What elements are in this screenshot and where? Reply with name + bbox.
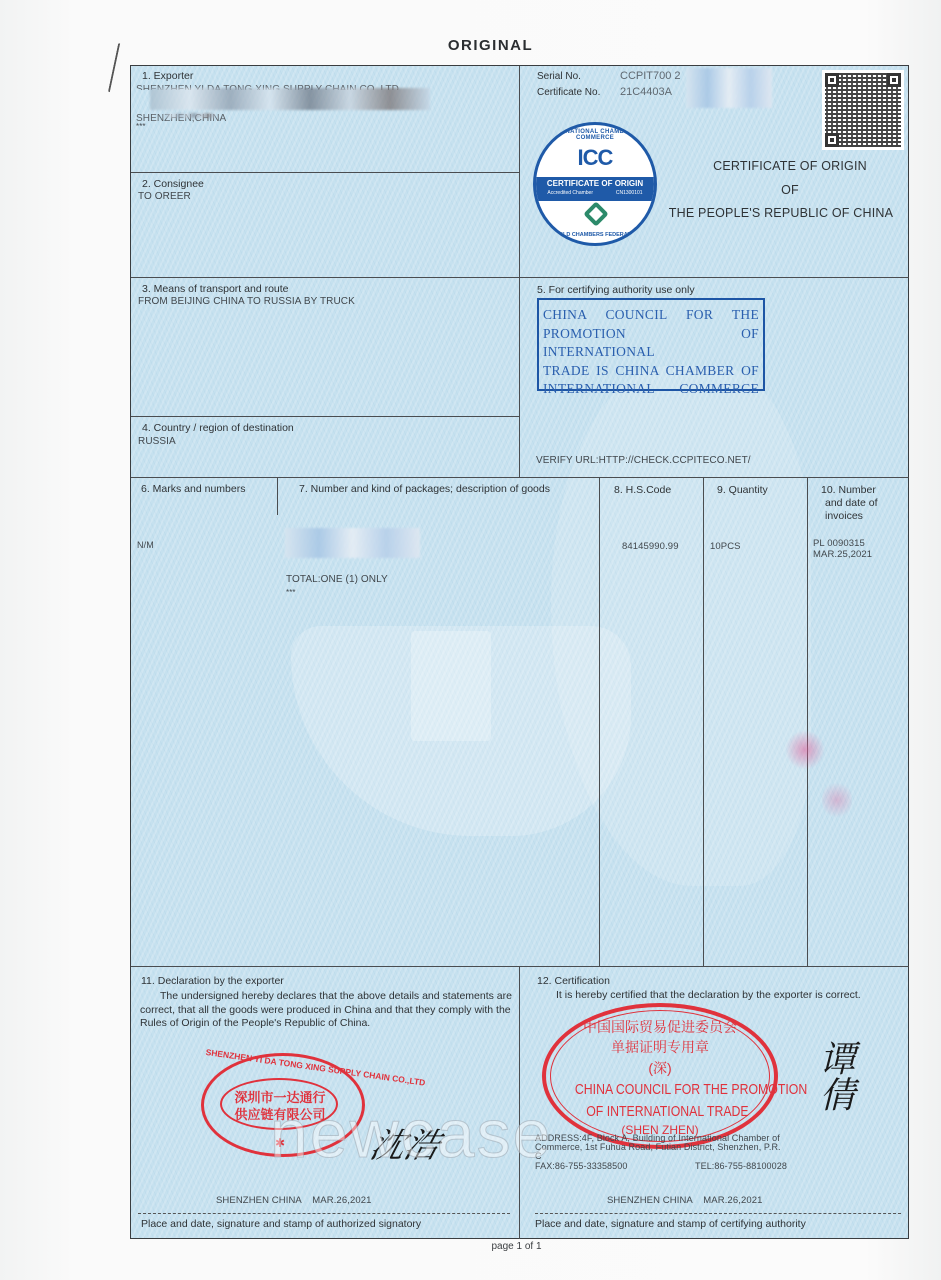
overlay-watermark: newcase: [270, 1095, 552, 1173]
ccpit-stamp-cn-3: (深): [630, 1058, 690, 1078]
exporter-dashed-line: [138, 1213, 510, 1214]
certificate-title-line3: THE PEOPLE'S REPUBLIC OF CHINA: [654, 206, 908, 220]
header-invoices-2: and date of: [825, 497, 878, 509]
ink-smudge: [822, 780, 852, 820]
exporter-footer-label: Place and date, signature and stamp of a…: [141, 1218, 421, 1230]
divider-col8-col9: [703, 477, 704, 967]
header-description: 7. Number and kind of packages; descript…: [299, 483, 550, 495]
certificate-title-line2: OF: [690, 183, 890, 197]
document-page: ORIGINAL 1. Exporter SHENZHEN YI DA TONG…: [0, 0, 941, 1280]
certificate-number-value: 21C4403A: [620, 86, 672, 98]
header-quantity: 9. Quantity: [717, 484, 768, 496]
icc-accredited: Accredited Chamber: [547, 190, 593, 196]
goods-quantity: 10PCS: [710, 541, 741, 552]
icc-logo-icon: ICC: [536, 145, 654, 171]
ccpit-place-date: SHENZHEN CHINA MAR.26,2021: [607, 1195, 762, 1206]
exporter-address-redacted: [150, 88, 430, 110]
header-hs-code: 8. H.S.Code: [614, 484, 671, 496]
ccpit-stamp-line: CHINA COUNCIL FOR THE: [543, 306, 759, 325]
icc-band: CERTIFICATE OF ORIGIN Accredited Chamber…: [536, 177, 654, 201]
qr-finder: [887, 73, 901, 87]
icc-ring-top-text: INTERNATIONAL CHAMBER OF COMMERCE: [536, 129, 654, 141]
qr-code-pattern: [825, 73, 901, 147]
ccpit-stamp-line: INTERNATIONAL COMMERCE: [543, 380, 759, 399]
consignee-value: TO OREER: [138, 191, 191, 202]
icc-ring-bottom-text: WORLD CHAMBERS FEDERATION: [536, 232, 654, 238]
destination-value: RUSSIA: [138, 436, 176, 447]
certification-label: 12. Certification: [537, 975, 610, 987]
ccpit-stamp-en-2: OF INTERNATIONAL TRADE: [586, 1103, 734, 1120]
ccpit-address-2: Commerce, 1st Fuhua Road, Futian Distric…: [535, 1142, 781, 1152]
ccpit-tel: TEL:86-755-88100028: [695, 1161, 787, 1171]
divider-box3-box4: [131, 416, 520, 417]
certificate-number-label: Certificate No.: [537, 87, 600, 98]
icc-band-sub: Accredited Chamber CN1300101: [536, 188, 654, 196]
ccpit-authority-stamp: CHINA COUNCIL FOR THE PROMOTION OF INTER…: [537, 298, 765, 391]
destination-label: 4. Country / region of destination: [142, 422, 294, 434]
qr-finder: [825, 73, 839, 87]
goods-total: TOTAL:ONE (1) ONLY: [286, 574, 388, 585]
verify-url[interactable]: VERIFY URL:HTTP://CHECK.CCPITECO.NET/: [536, 455, 751, 466]
divider-col9-col10: [807, 477, 808, 967]
icc-certificate-badge: INTERNATIONAL CHAMBER OF COMMERCE ICC CE…: [533, 122, 657, 246]
declaration-body: The undersigned hereby declares that the…: [140, 990, 512, 1029]
exporter-end-marker: ***: [136, 122, 146, 131]
qr-code-icon[interactable]: [822, 70, 904, 150]
transport-value: FROM BEIJING CHINA TO RUSSIA BY TRUCK: [138, 296, 355, 307]
divider-box2-box3: [131, 277, 909, 278]
ccpit-stamp-cn-1: 中国国际贸易促进委员会: [580, 1017, 740, 1037]
great-wall-watermark: [291, 626, 631, 836]
page-indicator: page 1 of 1: [0, 1241, 941, 1252]
certificate-title-line1: CERTIFICATE OF ORIGIN: [690, 159, 890, 173]
ccpit-stamp-cn-2: 单据证明专用章: [600, 1037, 720, 1057]
divider-box1-box2: [131, 172, 520, 173]
great-wall-watermark-path: [551, 366, 811, 886]
ccpit-signature: 谭倩: [812, 1040, 862, 1123]
goods-invoice-number: PL 0090315: [813, 538, 865, 549]
serial-value: CCPIT700 2: [620, 70, 681, 82]
serial-label: Serial No.: [537, 71, 581, 82]
ccpit-footer-label: Place and date, signature and stamp of c…: [535, 1218, 806, 1230]
divider-col6-col7: [277, 477, 278, 515]
goods-end-marker: ***: [286, 588, 296, 597]
document-header-title: ORIGINAL: [0, 37, 941, 54]
icc-code: CN1300101: [616, 190, 643, 196]
certifying-authority-label: 5. For certifying authority use only: [537, 284, 695, 296]
qr-finder: [825, 133, 839, 147]
goods-description-redacted: [285, 528, 420, 558]
certification-text: It is hereby certified that the declarat…: [556, 989, 861, 1001]
header-invoices-1: 10. Number: [821, 484, 876, 496]
ink-smudge: [785, 730, 825, 770]
ccpit-stamp-line: PROMOTION OF INTERNATIONAL: [543, 325, 759, 362]
exporter-city-redacted: [165, 113, 215, 118]
consignee-label: 2. Consignee: [142, 178, 204, 190]
goods-marks: N/M: [137, 540, 154, 550]
ccpit-dashed-line: [535, 1213, 901, 1214]
goods-invoice-date: MAR.25,2021: [813, 549, 872, 560]
ccpit-signature-text: 谭倩: [812, 1040, 856, 1112]
serial-redacted: [686, 68, 772, 108]
declaration-label: 11. Declaration by the exporter: [141, 975, 284, 987]
divider-top-goods: [131, 477, 909, 478]
wcf-logo-icon: [583, 201, 608, 226]
divider-col7-col8: [599, 477, 600, 967]
header-marks: 6. Marks and numbers: [141, 483, 245, 495]
exporter-label: 1. Exporter: [142, 70, 193, 82]
declaration-text: The undersigned hereby declares that the…: [140, 990, 518, 1031]
ccpit-stamp-en-1: CHINA COUNCIL FOR THE PROMOTION: [575, 1081, 747, 1098]
ccpit-stamp-line: TRADE IS CHINA CHAMBER OF: [543, 362, 759, 381]
transport-label: 3. Means of transport and route: [142, 283, 289, 295]
great-wall-watermark-tower: [411, 631, 491, 741]
goods-hs-code: 84145990.99: [622, 541, 679, 552]
exporter-place-date: SHENZHEN CHINA MAR.26,2021: [216, 1195, 371, 1206]
header-invoices-3: invoices: [825, 510, 863, 522]
icc-band-title: CERTIFICATE OF ORIGIN: [536, 177, 654, 188]
